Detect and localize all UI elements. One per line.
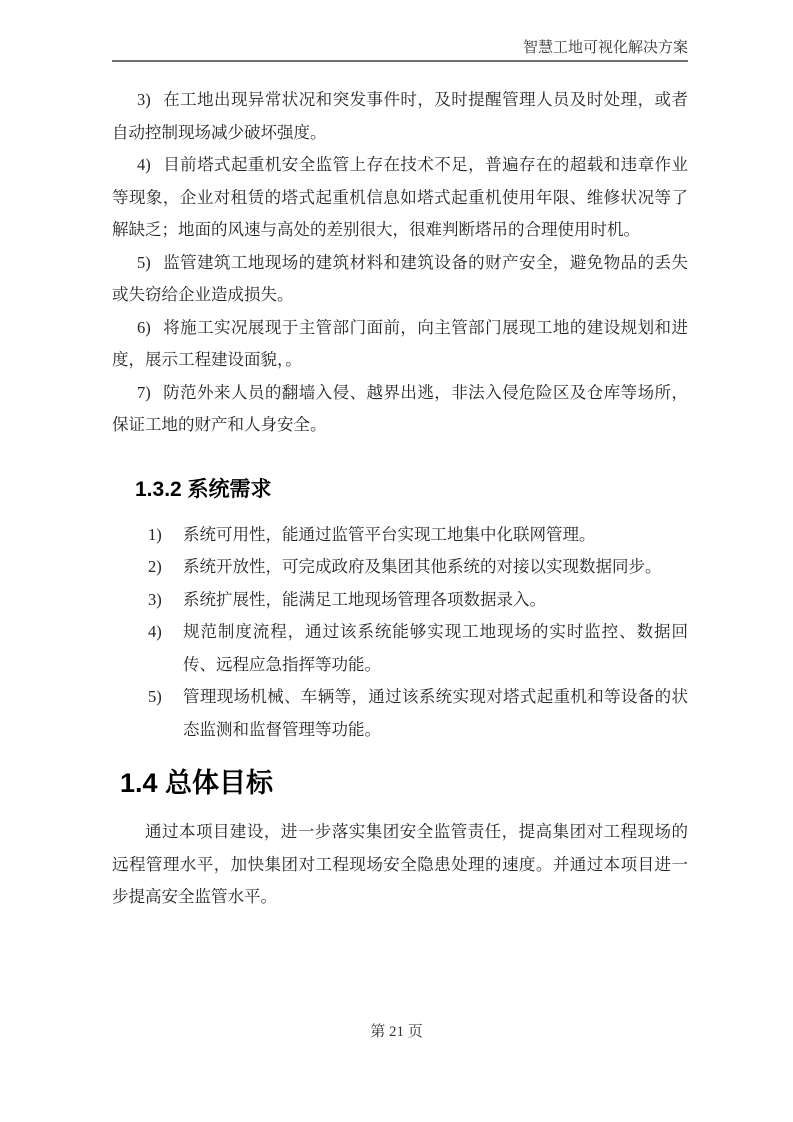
numbered-paragraph: 4)目前塔式起重机安全监管上存在技术不足，普遍存在的超载和违章作业等现象，企业对… [112, 149, 688, 247]
list-item-number: 1) [148, 519, 183, 552]
numbered-paragraph: 6)将施工实况展现于主管部门面前，向主管部门展现工地的建设规划和进度，展示工程建… [112, 312, 688, 377]
list-item-text: 系统扩展性，能满足工地现场管理各项数据录入。 [183, 584, 688, 617]
list-item-number: 3) [148, 584, 183, 617]
page-header: 智慧工地可视化解决方案 [112, 38, 688, 62]
numbered-paragraph: 7)防范外来人员的翻墙入侵、越界出逃，非法入侵危险区及仓库等场所，保证工地的财产… [112, 377, 688, 442]
numbered-paragraph: 3)在工地出现异常状况和突发事件时，及时提醒管理人员及时处理，或者自动控制现场减… [112, 84, 688, 149]
section-1-4-paragraph: 通过本项目建设，进一步落实集团安全监管责任，提高集团对工程现场的远程管理水平，加… [112, 816, 688, 914]
paragraph-text: 防范外来人员的翻墙入侵、越界出逃，非法入侵危险区及仓库等场所，保证工地的财产和人… [112, 383, 688, 435]
paragraph-number: 7) [137, 383, 151, 402]
paragraph-text: 目前塔式起重机安全监管上存在技术不足，普遍存在的超载和违章作业等现象，企业对租赁… [112, 155, 688, 239]
document-page: 智慧工地可视化解决方案 3)在工地出现异常状况和突发事件时，及时提醒管理人员及时… [0, 0, 793, 1122]
page-footer: 第 21 页 [0, 1022, 793, 1042]
header-title: 智慧工地可视化解决方案 [523, 40, 688, 56]
page-number-label: 第 21 页 [370, 1024, 423, 1040]
paragraph-number: 3) [137, 90, 151, 109]
paragraph-number: 4) [137, 155, 151, 174]
list-item: 3) 系统扩展性，能满足工地现场管理各项数据录入。 [112, 584, 688, 617]
list-item-text: 规范制度流程，通过该系统能够实现工地现场的实时监控、数据回传、远程应急指挥等功能… [183, 616, 688, 681]
list-item: 2) 系统开放性，可完成政府及集团其他系统的对接以实现数据同步。 [112, 551, 688, 584]
paragraph-number: 6) [137, 318, 151, 337]
list-item: 5) 管理现场机械、车辆等，通过该系统实现对塔式起重机和等设备的状态监测和监督管… [112, 681, 688, 746]
list-item: 1) 系统可用性，能通过监管平台实现工地集中化联网管理。 [112, 519, 688, 552]
paragraph-number: 5) [137, 253, 151, 272]
section-heading-1-4: 1.4 总体目标 [120, 766, 688, 800]
paragraph-text: 在工地出现异常状况和突发事件时，及时提醒管理人员及时处理，或者自动控制现场减少破… [112, 90, 688, 142]
document-body: 3)在工地出现异常状况和突发事件时，及时提醒管理人员及时处理，或者自动控制现场减… [112, 84, 688, 914]
paragraph-text: 将施工实况展现于主管部门面前，向主管部门展现工地的建设规划和进度，展示工程建设面… [112, 318, 688, 370]
list-item-number: 4) [148, 616, 183, 681]
section-heading-1-3-2: 1.3.2 系统需求 [135, 475, 688, 505]
list-item-number: 5) [148, 681, 183, 746]
list-item-number: 2) [148, 551, 183, 584]
paragraph-text: 监管建筑工地现场的建筑材料和建筑设备的财产安全，避免物品的丢失或失窃给企业造成损… [112, 253, 688, 305]
list-item-text: 系统开放性，可完成政府及集团其他系统的对接以实现数据同步。 [183, 551, 688, 584]
numbered-paragraph: 5)监管建筑工地现场的建筑材料和建筑设备的财产安全，避免物品的丢失或失窃给企业造… [112, 247, 688, 312]
list-item-text: 系统可用性，能通过监管平台实现工地集中化联网管理。 [183, 519, 688, 552]
requirements-list: 1) 系统可用性，能通过监管平台实现工地集中化联网管理。 2) 系统开放性，可完… [112, 519, 688, 747]
list-item-text: 管理现场机械、车辆等，通过该系统实现对塔式起重机和等设备的状态监测和监督管理等功… [183, 681, 688, 746]
list-item: 4) 规范制度流程，通过该系统能够实现工地现场的实时监控、数据回传、远程应急指挥… [112, 616, 688, 681]
